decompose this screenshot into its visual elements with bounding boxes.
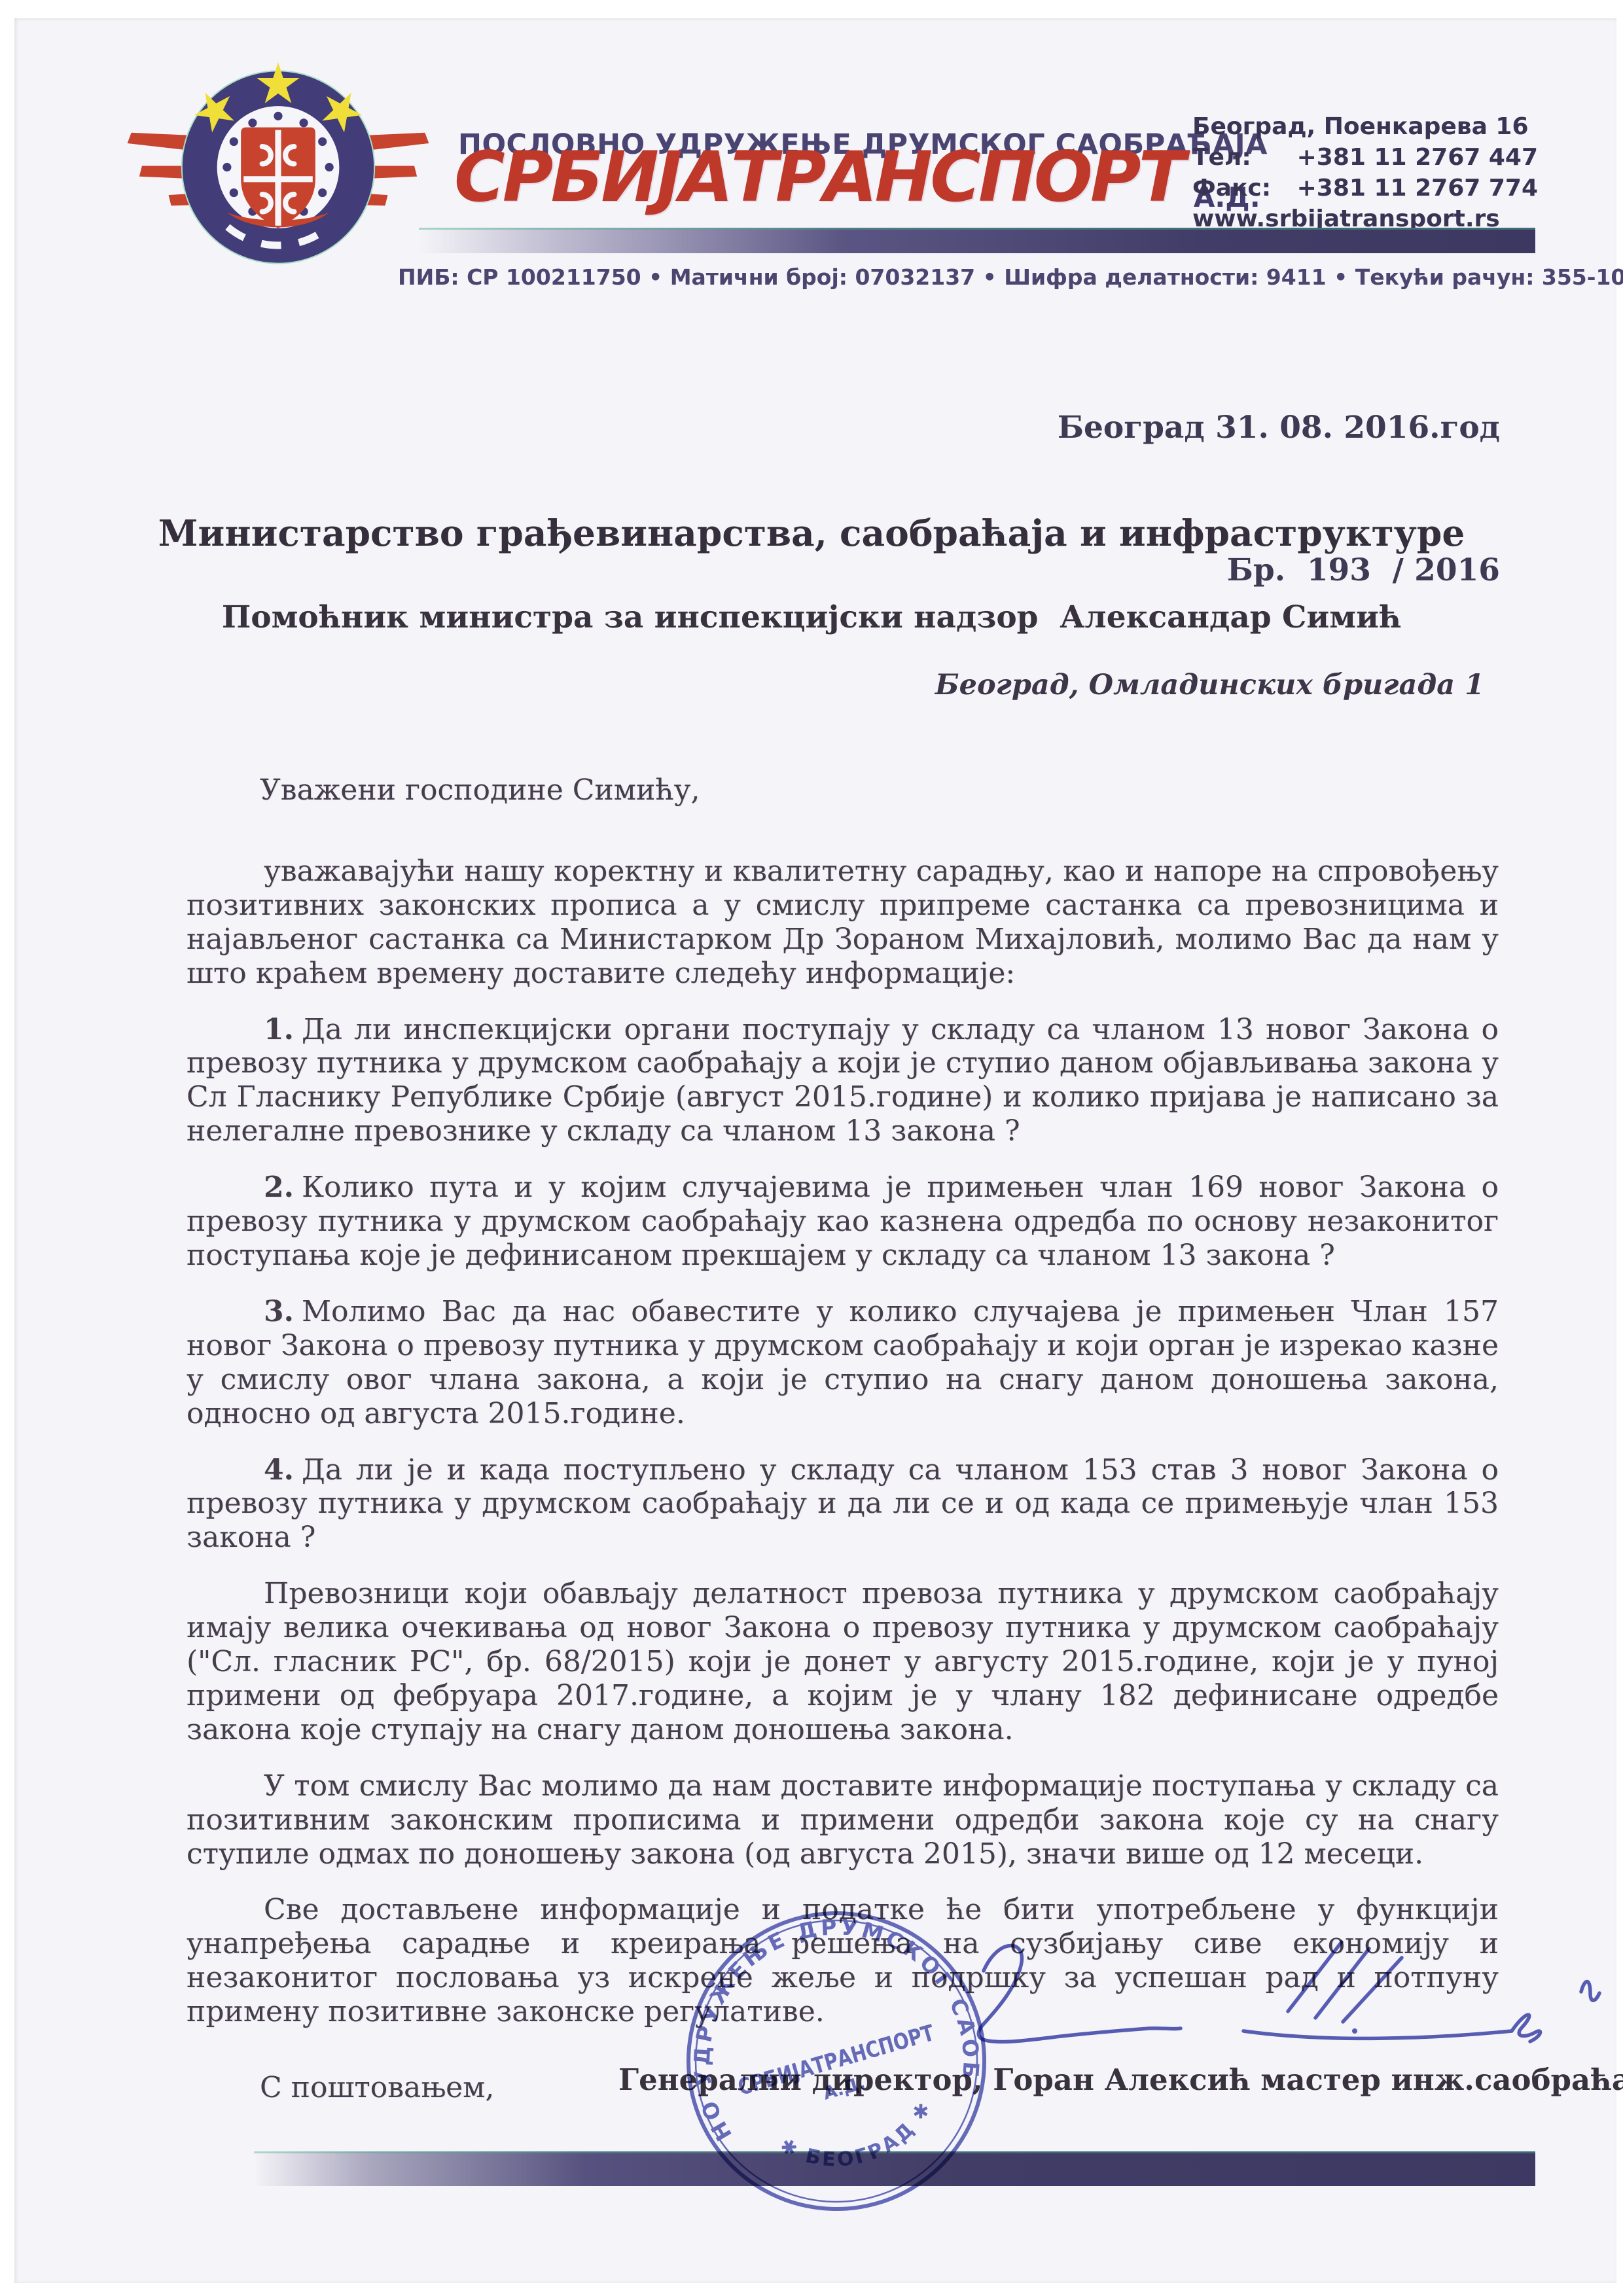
recipient-address: Београд, Омладинских бригада 1	[935, 669, 1484, 701]
paragraph-number: 1.	[264, 1013, 294, 1046]
body-paragraph: 3.Молимо Вас да нас обавестите у колико …	[187, 1295, 1499, 1431]
paragraph-text: Превозници који обављају делатност прево…	[187, 1577, 1499, 1746]
paragraph-text: Да ли инспекцијски органи поступају у ск…	[187, 1013, 1499, 1148]
contact-fax-row: Факс: +381 11 2767 774	[1192, 173, 1538, 203]
body-paragraph: Превозници који обављају делатност прево…	[187, 1577, 1499, 1747]
company-info-line: ПИБ: СР 100211750 • Матични број: 070321…	[398, 264, 1542, 290]
contact-tel-row: Тел: +381 11 2767 447	[1192, 142, 1538, 173]
paragraph-text: Да ли је и када поступљено у складу са ч…	[187, 1453, 1499, 1555]
body-paragraph: 1.Да ли инспекцијски органи поступају у …	[187, 1013, 1499, 1149]
body-paragraph: 2.Колико пута и у којим случајевима је п…	[187, 1171, 1499, 1273]
fax-value: +381 11 2767 774	[1297, 173, 1538, 203]
brand-row: СРБИЈАТРАНСПОРТ А.Д.	[454, 143, 1260, 212]
fax-label: Факс:	[1192, 173, 1271, 203]
body-paragraph: 4.Да ли је и када поступљено у складу са…	[187, 1453, 1499, 1555]
salutation: Уважени господине Симићу,	[260, 773, 1499, 807]
svg-text:✱ БЕОГРАД ✱: ✱ БЕОГРАД ✱	[772, 2093, 947, 2190]
body-paragraph: уважавајући нашу коректну и квалитетну с…	[187, 855, 1499, 991]
contact-block: Београд, Поенкарева 16 Тел: +381 11 2767…	[1192, 111, 1538, 234]
paragraph-number: 3.	[264, 1295, 294, 1328]
stamp-center-suffix: А.Д.	[821, 2073, 867, 2104]
handwritten-signature	[921, 1932, 1615, 2089]
place-date-line: Београд 31. 08. 2016.год	[1058, 404, 1500, 452]
stamp-bottom-text: ✱ БЕОГРАД ✱	[772, 2093, 947, 2190]
recipient-ministry: Министарство грађевинарства, саобраћаја …	[0, 512, 1623, 554]
paragraph-text: уважавајући нашу коректну и квалитетну с…	[187, 855, 1499, 990]
recipient-official: Помоћник министра за инспекцијски надзор…	[0, 599, 1623, 635]
paragraph-text: Колико пута и у којим случајевима је при…	[187, 1171, 1499, 1272]
contact-address: Београд, Поенкарева 16	[1192, 111, 1538, 142]
tel-value: +381 11 2767 447	[1297, 142, 1538, 173]
paragraph-text: У том смислу Вас молимо да нам доставите…	[187, 1769, 1499, 1871]
srbijatransport-logo-icon	[121, 56, 435, 278]
body-paragraph: У том смислу Вас молимо да нам доставите…	[187, 1769, 1499, 1871]
paragraph-number: 4.	[264, 1453, 294, 1487]
brand-wordmark: СРБИЈАТРАНСПОРТ	[454, 143, 1183, 212]
tel-label: Тел:	[1192, 142, 1251, 173]
paragraph-text: Молимо Вас да нас обавестите у колико сл…	[187, 1295, 1499, 1430]
reference-number-line: Бр. 193 / 2016	[1058, 547, 1500, 595]
header-gradient-bar	[419, 228, 1535, 253]
paragraph-number: 2.	[264, 1171, 294, 1204]
scanned-letter-page: ПОСЛОВНО УДРУЖЕЊЕ ДРУМСКОГ САОБРАЋАЈА СР…	[0, 0, 1623, 2296]
